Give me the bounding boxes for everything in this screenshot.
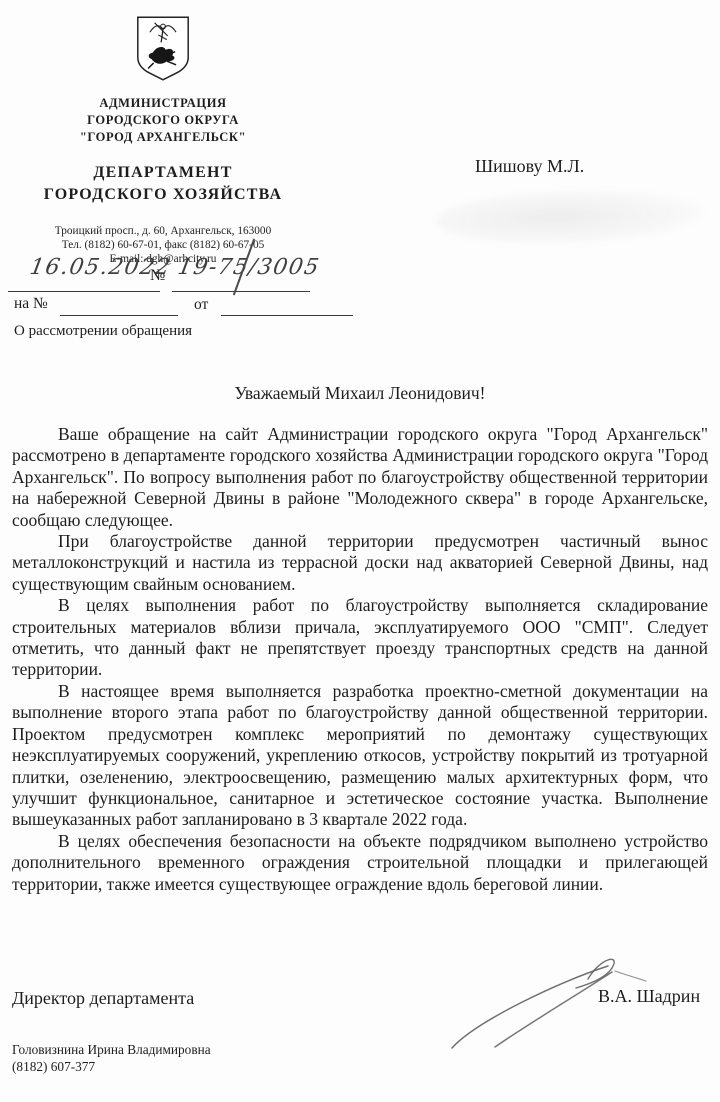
reply-date-underline [221,315,353,316]
signer-position: Директор департамента [12,988,194,1009]
letterhead: АДМИНИСТРАЦИЯ ГОРОДСКОГО ОКРУГА "ГОРОД А… [30,14,296,266]
department-name: ДЕПАРТАМЕНТ ГОРОДСКОГО ХОЗЯЙСТВА [30,162,296,206]
salutation: Уважаемый Михаил Леонидович! [0,383,720,404]
phone-fax-line: Тел. (8182) 60-67-01, факс (8182) 60-67-… [30,238,296,252]
executor-block: Головизнина Ирина Владимировна (8182) 60… [12,1041,211,1075]
redacted-area [435,185,705,248]
org-line: АДМИНИСТРАЦИЯ [30,95,296,112]
reply-number-underline [60,315,178,316]
body-paragraph: В настоящее время выполняется разработка… [12,681,708,831]
body-paragraph: При благоустройстве данной территории пр… [12,531,708,595]
executor-phone: (8182) 607-377 [12,1058,211,1075]
address-line: Троицкий просп., д. 60, Архангельск, 163… [30,224,296,238]
subject-line: О рассмотрении обращения [14,323,192,340]
reply-to-number-label: на № [14,295,48,313]
org-line: "ГОРОД АРХАНГЕЛЬСК" [30,129,296,146]
dept-line: ГОРОДСКОГО ХОЗЯЙСТВА [30,184,296,206]
number-underline [172,291,310,292]
reply-from-label: от [194,296,208,314]
letter-page: АДМИНИСТРАЦИЯ ГОРОДСКОГО ОКРУГА "ГОРОД А… [0,0,720,1102]
executor-name: Головизнина Ирина Владимировна [12,1041,211,1058]
dept-line: ДЕПАРТАМЕНТ [30,162,296,184]
addressee-name: Шишову М.Л. [475,156,584,177]
signer-name: В.А. Шадрин [598,986,700,1007]
letter-body: Ваше обращение на сайт Администрации гор… [12,424,708,895]
number-sign: № [150,267,165,285]
handwritten-outgoing-number: 19-75/3005 [176,255,322,280]
organization-name: АДМИНИСТРАЦИЯ ГОРОДСКОГО ОКРУГА "ГОРОД А… [30,95,296,146]
date-underline [8,291,160,292]
body-paragraph: В целях выполнения работ по благоустройс… [12,595,708,681]
coat-of-arms-icon [135,14,191,82]
org-line: ГОРОДСКОГО ОКРУГА [30,112,296,129]
body-paragraph: В целях обеспечения безопасности на объе… [12,831,708,895]
body-paragraph: Ваше обращение на сайт Администрации гор… [12,424,708,531]
